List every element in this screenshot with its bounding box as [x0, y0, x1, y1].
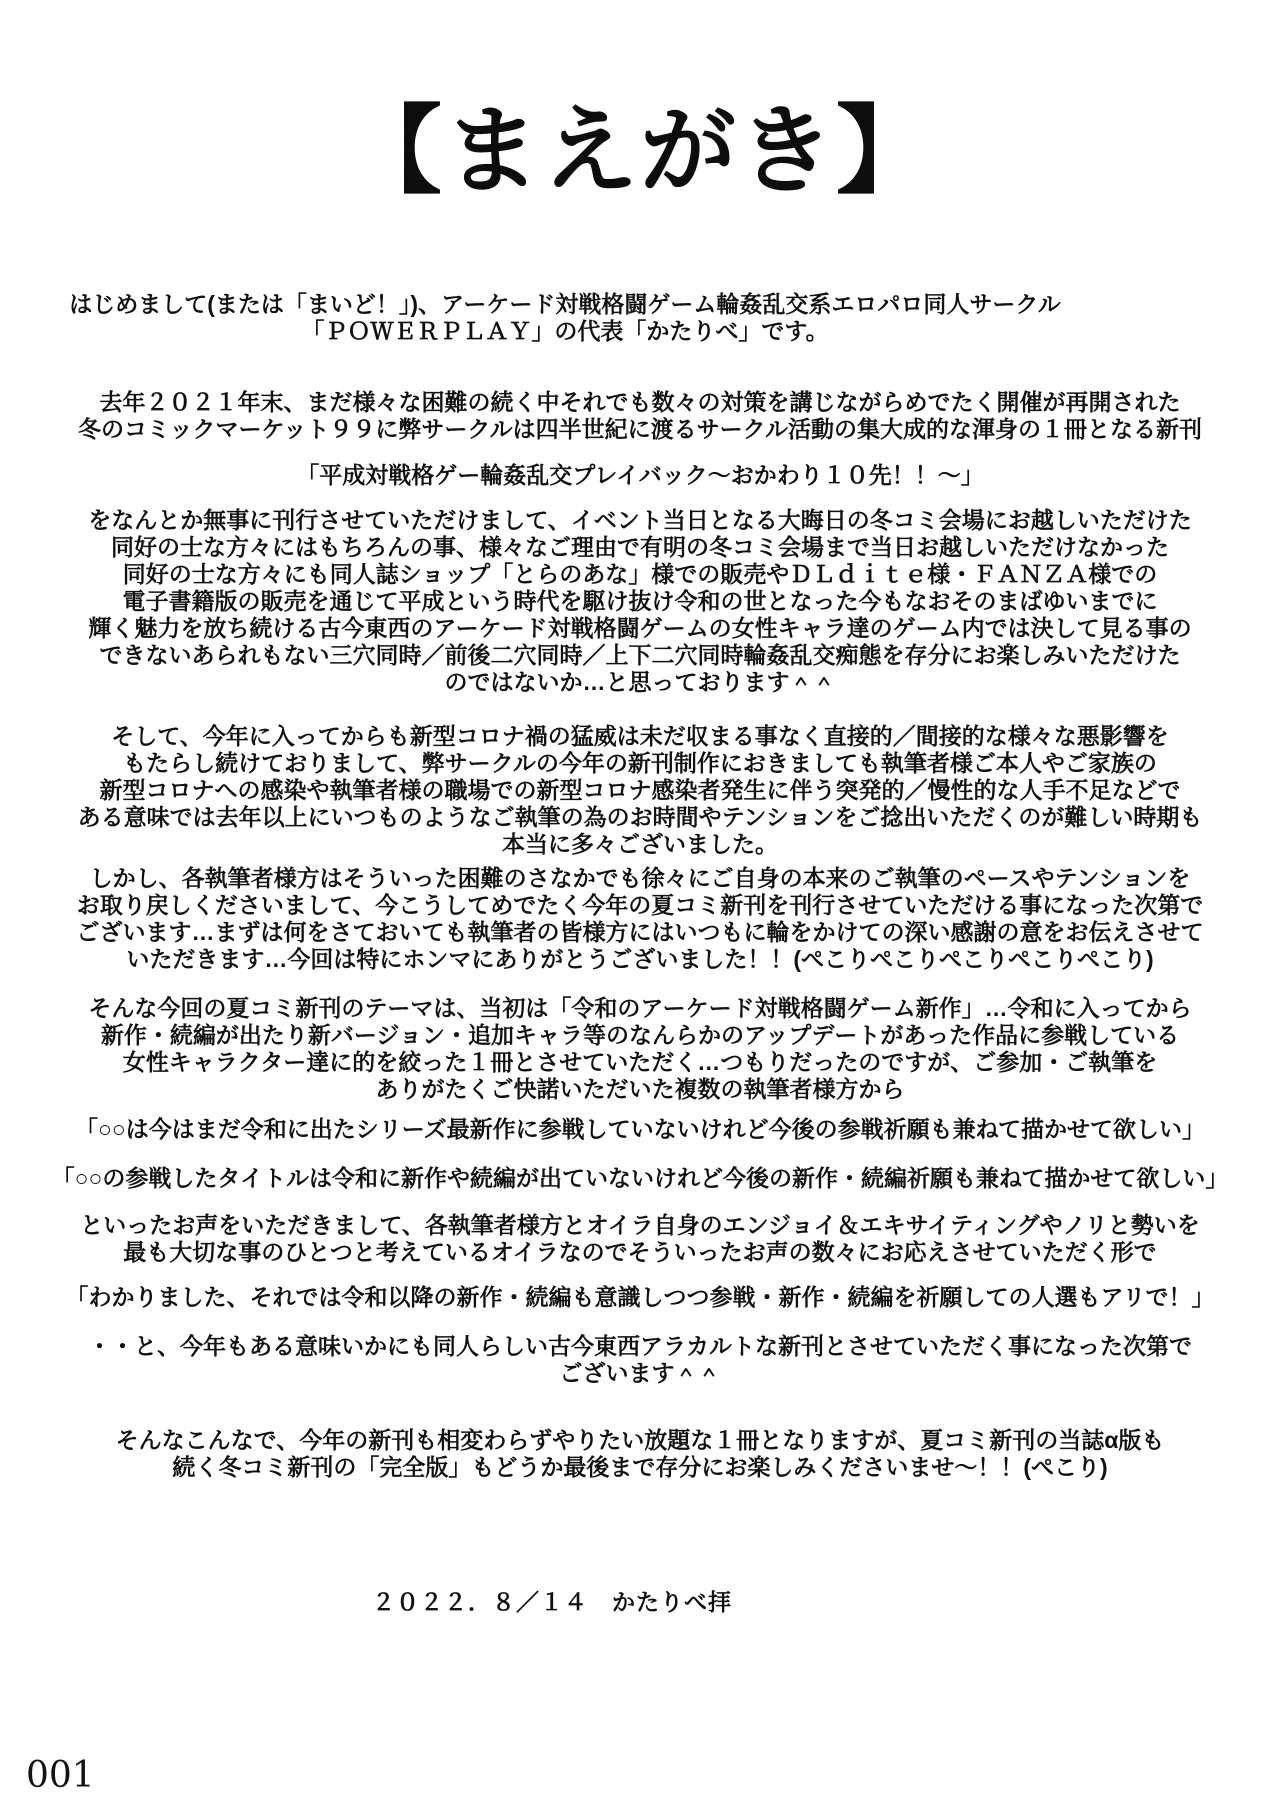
text-line: をなんとか無事に刊行させていただけまして、イベント当日となる大晦日の冬コミ会場に… — [0, 507, 1280, 534]
book-title-quote: 「平成対戦格ゲー輪姦乱交プレイバック～おかわり１０先！！～」 — [0, 462, 1280, 489]
date-line: ２０２２．８／１４ かたりべ拝 — [0, 1589, 1192, 1616]
text-line: そんな今回の夏コミ新刊のテーマは、当初は「令和のアーケード対戦格闘ゲーム新作」…… — [0, 995, 1280, 1022]
text-line: 続く冬コミ新刊の「完全版」もどうか最後まで存分にお楽しみくださいませ～！！(ぺこ… — [0, 1454, 1280, 1481]
quote-line: 「○○の参戦したタイトルは令和に新作や続編が出ていないけれど今後の新作・続編祈願… — [0, 1165, 1280, 1192]
text-line: ある意味では去年以上にいつものようなご執筆の為のお時間やテンションをご捻出いただ… — [0, 804, 1280, 831]
text-line: そんなこんなで、今年の新刊も相変わらずやりたい放題な１冊となりますが、夏コミ新刊… — [0, 1427, 1280, 1454]
text-line: 女性キャラクター達に的を絞った１冊とさせていただく…つもりだったのですが、ご参加… — [0, 1049, 1280, 1076]
text-line: 同好の士な方々にも同人誌ショップ「とらのあな」様での販売やＤＬｄｉｔｅ様・ＦＡＮ… — [0, 561, 1280, 588]
request-quote: 「○○は今はまだ令和に出たシリーズ最新作に参戦していないけれど今後の参戦祈願も兼… — [0, 1116, 1280, 1143]
text-line: はじめまして(または「まいど！」)、アーケード対戦格闘ゲーム輪姦乱交系エロパロ同… — [0, 291, 1205, 318]
paragraph: といったお声をいただきまして、各執筆者様方とオイラ自身のエンジョイ＆エキサイティ… — [0, 1212, 1280, 1266]
date-signature: ２０２２．８／１４ かたりべ拝 — [0, 1589, 1192, 1616]
text-line: 最も大切な事のひとつと考えているオイラなのでそういったお声の数々にお応えさせてい… — [0, 1239, 1280, 1266]
text-line: 去年２０２１年末、まだ様々な困難の続く中それでも数々の対策を講じながらめでたく開… — [0, 389, 1280, 416]
paragraph: そして、今年に入ってからも新型コロナ禍の猛威は未だ収まる事なく直接的／間接的な様… — [0, 723, 1280, 858]
text-line: ございます…まずは何をさておいても執筆者の皆様方にはいつもに輪をかけての深い感謝… — [0, 919, 1280, 946]
text-line: 同好の士な方々にはもちろんの事、様々なご理由で有明の冬コミ会場まで当日お越しいた… — [0, 534, 1280, 561]
text-line: 輝く魅力を放ち続ける古今東西のアーケード対戦格闘ゲームの女性キャラ達のゲーム内で… — [0, 615, 1280, 642]
request-quote: 「○○の参戦したタイトルは令和に新作や続編が出ていないけれど今後の新作・続編祈願… — [0, 1165, 1280, 1192]
text-line: もたらし続けておりまして、弊サークルの今年の新刊制作におきましても執筆者様ご本人… — [0, 750, 1280, 777]
text-line: ありがたくご快諾いただいた複数の執筆者様方から — [0, 1076, 1280, 1103]
text-line: 冬のコミックマーケット９９に弊サークルは四半世紀に渡るサークル活動の集大成的な渾… — [0, 416, 1280, 443]
text-line: 新作・続編が出たり新バージョン・追加キャラ等のなんらかのアップデートがあった作品… — [0, 1022, 1280, 1049]
text-line: できないあられもない三穴同時／前後二穴同時／上下二穴同時輪姦乱交痴態を存分にお楽… — [0, 642, 1280, 669]
text-line: 本当に多々ございました。 — [0, 831, 1280, 858]
page-title: 【まえがき】 — [0, 0, 1280, 215]
text-line: お取り戻しくださいまして、今こうしてめでたく今年の夏コミ新刊を刊行させていただけ… — [0, 892, 1280, 919]
intro-paragraph: はじめまして(または「まいど！」)、アーケード対戦格闘ゲーム輪姦乱交系エロパロ同… — [0, 291, 1205, 345]
text-line: しかし、各執筆者様方はそういった困難のさなかでも徐々にご自身の本来のご執筆のペー… — [0, 865, 1280, 892]
paragraph: 去年２０２１年末、まだ様々な困難の続く中それでも数々の対策を講じながらめでたく開… — [0, 389, 1280, 443]
text-line: といったお声をいただきまして、各執筆者様方とオイラ自身のエンジョイ＆エキサイティ… — [0, 1212, 1280, 1239]
text-line: ございます＾＾ — [0, 1360, 1280, 1387]
paragraph: ・・と、今年もある意味いかにも同人らしい古今東西アラカルトな新刊とさせていただく… — [0, 1333, 1280, 1387]
quote-line: 「わかりました、それでは令和以降の新作・続編も意識しつつ参戦・新作・続編を祈願し… — [0, 1284, 1280, 1311]
text-line: いただきます…今回は特にホンマにありがとうございました！！(ぺこりぺこりぺこりぺ… — [0, 946, 1280, 973]
text-line: のではないか…と思っております＾＾ — [0, 669, 1280, 696]
paragraph: そんなこんなで、今年の新刊も相変わらずやりたい放題な１冊となりますが、夏コミ新刊… — [0, 1427, 1280, 1481]
reply-quote: 「わかりました、それでは令和以降の新作・続編も意識しつつ参戦・新作・続編を祈願し… — [0, 1284, 1280, 1311]
text-line: ・・と、今年もある意味いかにも同人らしい古今東西アラカルトな新刊とさせていただく… — [0, 1333, 1280, 1360]
paragraph: をなんとか無事に刊行させていただけまして、イベント当日となる大晦日の冬コミ会場に… — [0, 507, 1280, 696]
page-number: 001 — [26, 1758, 95, 1794]
text-line: 新型コロナへの感染や執筆者様の職場での新型コロナ感染者発生に伴う突発的／慢性的な… — [0, 777, 1280, 804]
text-line: 「ＰＯＷＥＲＰＬＡＹ」の代表「かたりべ」です。 — [0, 318, 1205, 345]
quote-line: 「平成対戦格ゲー輪姦乱交プレイバック～おかわり１０先！！～」 — [0, 462, 1280, 489]
quote-line: 「○○は今はまだ令和に出たシリーズ最新作に参戦していないけれど今後の参戦祈願も兼… — [0, 1116, 1280, 1143]
paragraph: しかし、各執筆者様方はそういった困難のさなかでも徐々にご自身の本来のご執筆のペー… — [0, 865, 1280, 973]
paragraph: そんな今回の夏コミ新刊のテーマは、当初は「令和のアーケード対戦格闘ゲーム新作」…… — [0, 995, 1280, 1103]
preface-page: 【まえがき】 はじめまして(または「まいど！」)、アーケード対戦格闘ゲーム輪姦乱… — [0, 0, 1280, 1808]
text-line: そして、今年に入ってからも新型コロナ禍の猛威は未だ収まる事なく直接的／間接的な様… — [0, 723, 1280, 750]
text-line: 電子書籍版の販売を通じて平成という時代を駆け抜け令和の世となった今もなおそのまば… — [0, 588, 1280, 615]
